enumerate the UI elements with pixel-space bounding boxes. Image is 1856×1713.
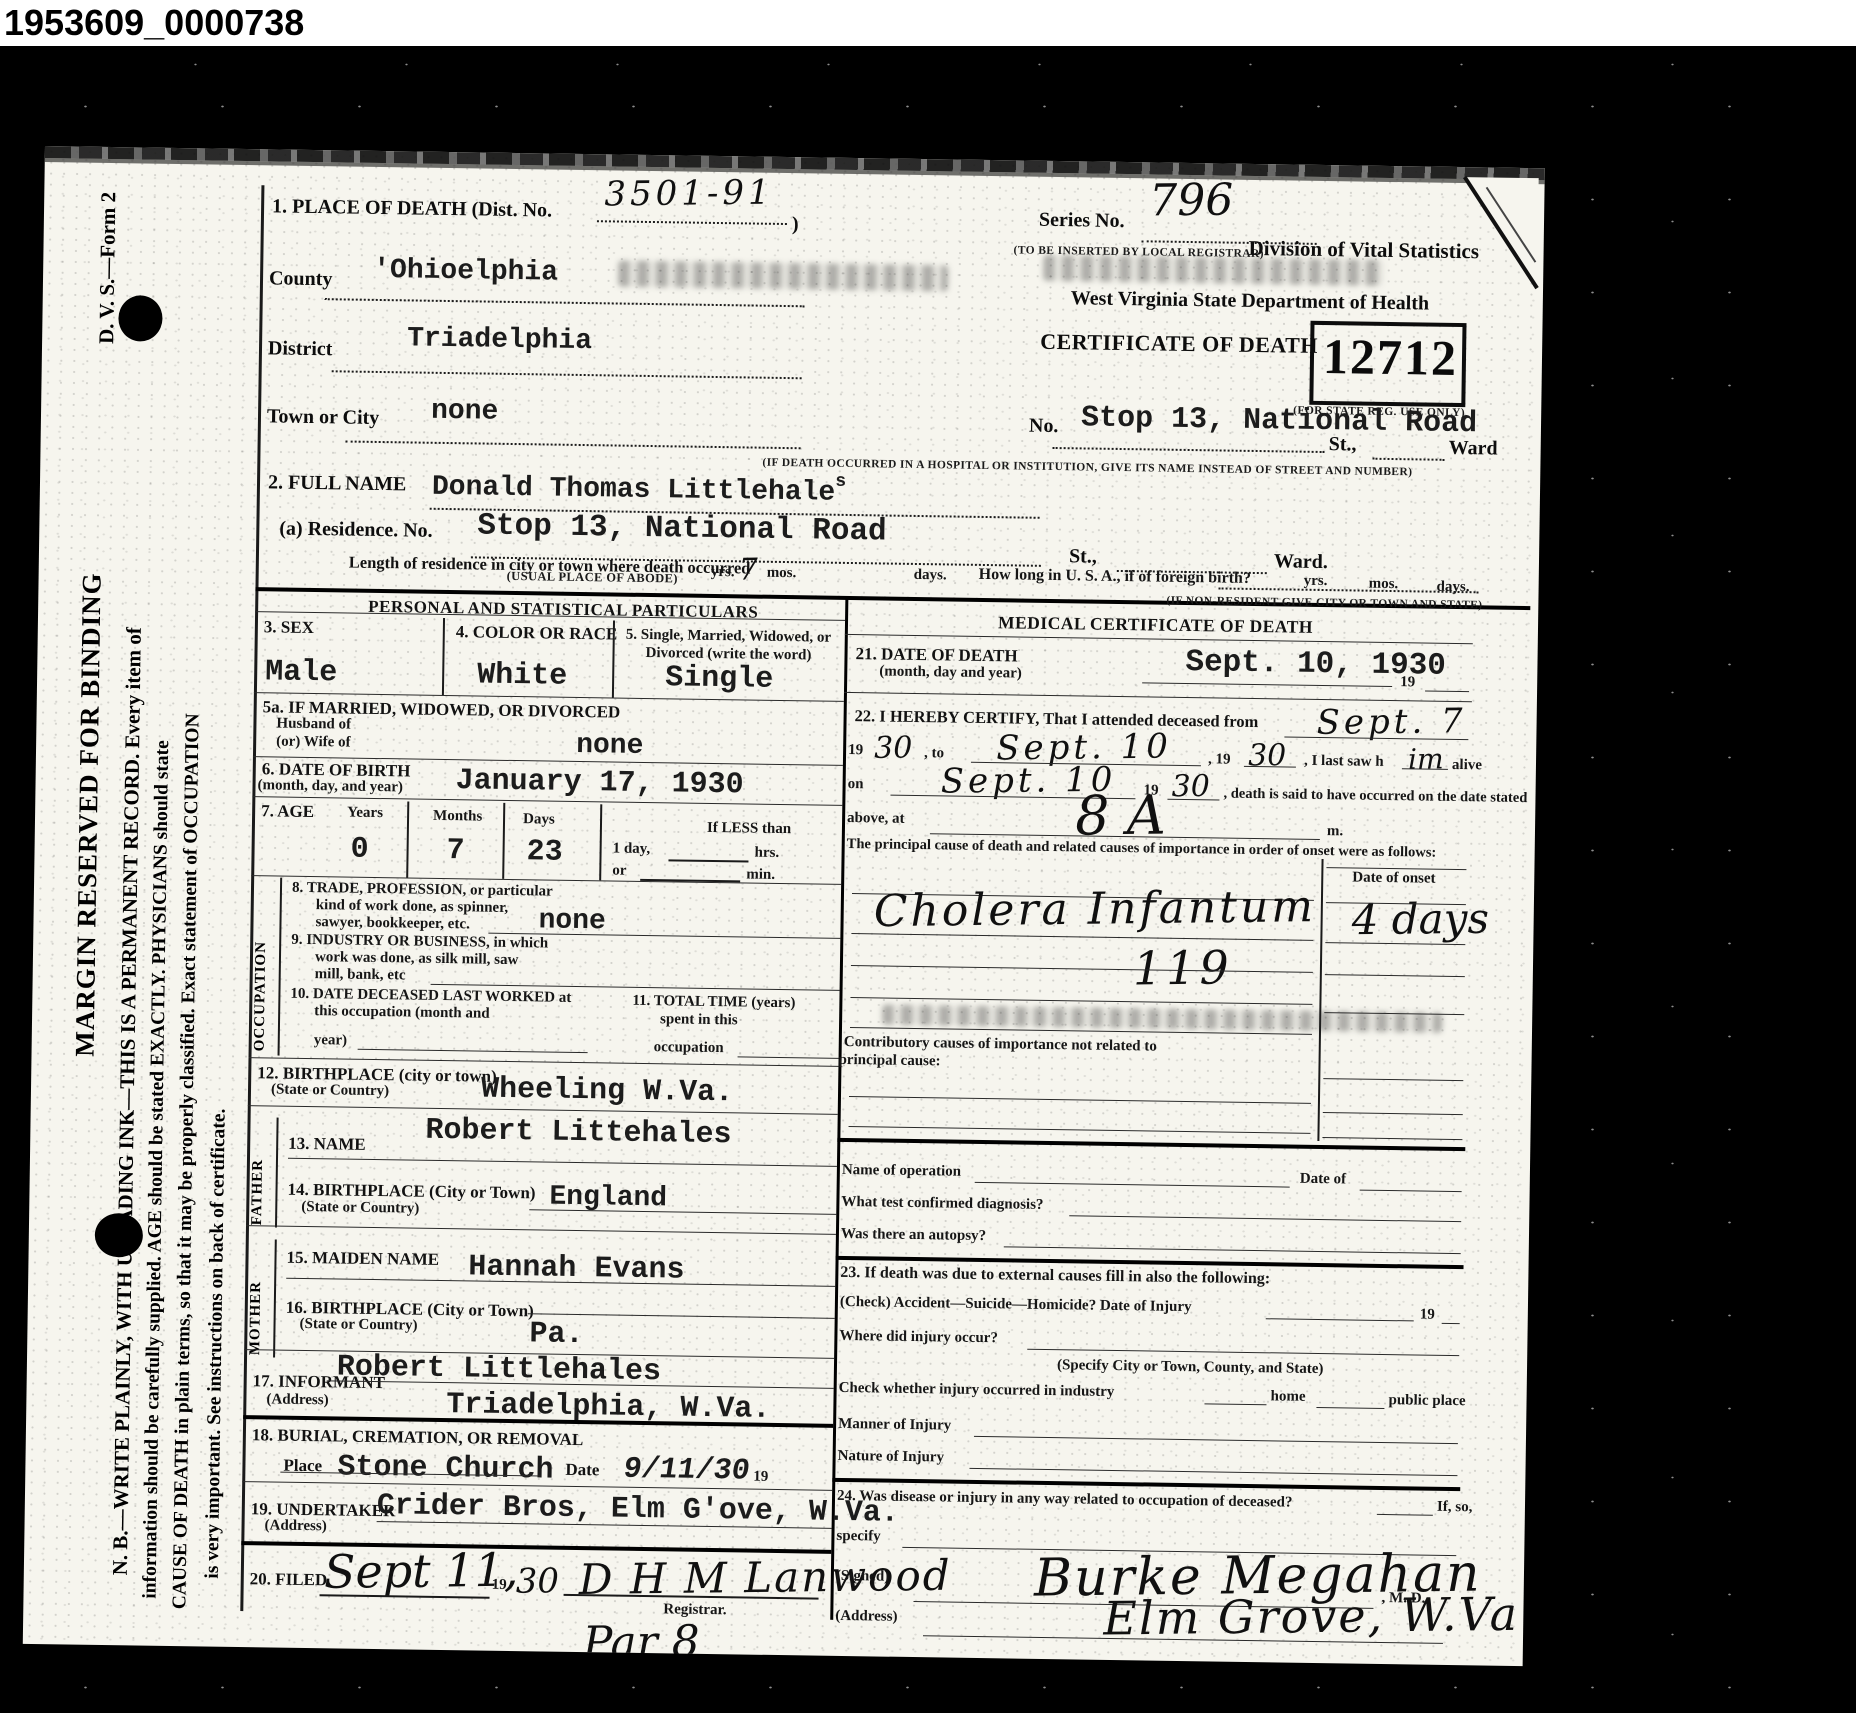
father-name-label: 13. NAME [288,1134,366,1155]
residence-st-label: St., [1069,545,1097,568]
autopsy-label: Was there an autopsy? [841,1226,986,1245]
industry-l3: mill, bank, etc [315,966,406,984]
stated-label: , death is said to have occurred on the … [1223,786,1527,808]
married-sub1: Husband of [276,715,351,733]
industry-injury-rule [1204,1403,1266,1405]
contrib-l2: principal cause: [838,1052,940,1071]
external-label: 23. If death was due to external causes … [840,1264,1270,1288]
place-close-paren: ) [792,213,799,236]
alive-label: alive [1452,757,1482,774]
dogear-fold-icon [1455,175,1541,298]
informant-addr-label: (Address) [266,1391,328,1409]
mother-name-label: 15. MAIDEN NAME [286,1248,439,1270]
county-rule [325,298,805,307]
dob-value: January 17, 1930 [455,764,744,802]
father-birth-sub: (State or Country) [301,1199,419,1218]
age-div-2 [502,803,505,879]
birthplace-value: Wheeling W.Va. [481,1073,734,1111]
town-rule [346,440,801,449]
manner-label: Manner of Injury [838,1416,951,1435]
death-certificate-paper: D. V. S.—Form 2 MARGIN RESERVED FOR BIND… [23,146,1545,1666]
cause-rule-6 [849,1096,1311,1104]
age-less-1: If LESS than [707,820,791,838]
margin-form-code: D. V. S.—Form 2 [94,199,121,344]
registration-number: 12712 [1323,327,1459,387]
lastsaw-label: , I last saw h [1304,753,1384,771]
home-rule [1316,1407,1384,1409]
st-label: St., [1329,433,1357,456]
operation-date-rule [1360,1190,1462,1193]
onset-value: 4 days [1351,894,1489,945]
certificate-title: CERTIFICATE OF DEATH [1040,329,1318,359]
mother-birth-sub: (State or Country) [299,1316,417,1335]
lastworked-l3: year) [314,1032,348,1049]
father-side-label: FATHER [249,1121,268,1225]
occupation-side-label: OCCUPATION [252,879,272,1051]
sex-race-divider [442,618,445,695]
operation-date-label: Date of [1300,1171,1346,1189]
age-years-value: 0 [350,833,369,867]
nature-label: Nature of Injury [838,1448,945,1467]
department-label: West Virginia State Department of Health [1071,287,1430,315]
dod-19-label: 19 [1400,674,1415,691]
age-months-label: Months [433,808,482,826]
scan-id: 1953609_0000738 [4,2,304,44]
usa-label: How long in U. S. A., if of foreign birt… [979,566,1251,588]
town-value: none [431,396,499,428]
mother-side-label: MOTHER [247,1243,266,1355]
filed-year-value: 30 [516,1561,560,1601]
related-label: 24. Was disease or injury in any way rel… [837,1488,1293,1512]
margin-line5: is very important. See instructions on b… [202,769,236,1579]
ward-label: Ward [1448,437,1497,461]
district-label: District [268,337,333,361]
onset-rule-3 [1325,974,1465,977]
filed-date-value: Sept 11, [324,1543,519,1599]
test-label: What test confirmed diagnosis? [841,1194,1043,1214]
check-label: (Check) Accident—Suicide—Homicide? Date … [840,1294,1192,1316]
age-days-value: 23 [526,835,563,870]
usa-yrs: yrs. [1304,573,1328,590]
check-19-rule [1442,1323,1460,1324]
length-value: 7 [739,552,758,587]
principal-label: The principal cause of death and related… [847,836,1437,862]
district-rule [332,370,802,379]
usa-mos: mos. [1369,576,1399,593]
full-name-value: Donald Thomas Littlehales [432,466,847,509]
dist-no-rule [597,220,787,225]
age-years-label: Years [347,805,383,823]
operation-rule [975,1182,1290,1188]
test-rule [1069,1215,1461,1222]
sex-value: Male [265,655,338,690]
birthplace-sub: (State or Country) [271,1081,389,1100]
street-no-label: No. [1029,415,1059,438]
residence-value: Stop 13, National Road [477,508,887,549]
totaltime-rule [738,1056,839,1058]
age-less-2: 1 day, [613,840,651,858]
town-label: Town or City [267,405,380,430]
filed-19-label: 19 [492,1577,507,1594]
above-label: above, at [847,810,905,828]
c19b-label: , 19 [1208,751,1231,768]
occupation-side-rule [278,878,283,1056]
street-rule [1053,447,1325,453]
onset-header: Date of onset [1352,869,1436,887]
column-divider [830,598,848,1620]
onset-rule-5 [1323,1078,1463,1081]
age-min-label: min. [746,866,775,883]
burial-date-label: Date [565,1460,599,1481]
ink-blot-upper [118,295,163,342]
onset-rule-6 [1323,1112,1463,1115]
age-label: 7. AGE [261,801,314,822]
series-no-value: 796 [1149,175,1234,227]
time-value: 8 A [1075,784,1166,848]
length-label: Length of residence in city or town wher… [349,553,751,579]
place-of-death-label: 1. PLACE OF DEATH (Dist. No. [272,195,552,222]
burial-date-value: 9/11/30 [621,1453,752,1489]
lastworked-rule [358,1049,588,1053]
age-hrs-rule [668,859,748,862]
lastworked-l2: this occupation (month and [314,1003,490,1023]
m-label: m. [1327,823,1344,840]
informant-label: 17. INFORMANT [253,1371,386,1393]
totaltime-l1: 11. TOTAL TIME (years) [632,993,795,1012]
marital-label-1: 5. Single, Married, Widowed, or [626,627,832,647]
hospital-note: (IF DEATH OCCURRED IN A HOSPITAL OR INST… [762,457,1412,479]
onset-rule-7 [1322,1137,1462,1140]
to-label: , to [924,745,944,762]
race-marital-divider [612,620,615,697]
dept-ghost-stamp [1043,255,1383,286]
county-label: County [269,267,333,291]
check-rule [1266,1318,1414,1321]
age-hrs-label: hrs. [754,845,779,862]
filed-label: 20. FILED [250,1569,328,1590]
race-value: White [477,658,568,693]
father-bottom-rule [246,1225,836,1235]
burial-19-label: 19 [753,1469,768,1486]
related-rule [1377,1514,1433,1516]
scan-header-strip: 1953609_0000738 [0,0,1856,46]
operation-label: Name of operation [842,1162,961,1181]
father-name-value: Robert Littehales [425,1114,732,1153]
trade-l3: sawyer, bookkeeper, etc. [315,914,470,933]
length-mos: mos. [767,565,797,582]
cya-value: 30 [874,730,913,765]
home-label: home [1270,1388,1305,1406]
nature-rule [969,1468,1457,1476]
cause-rule-4 [850,997,1312,1005]
dod-sub: (month, day and year) [879,663,1022,682]
where-label: Where did injury occur? [839,1328,998,1347]
series-no-label: Series No. [1039,209,1125,233]
street-value: Stop 13, National Road [1081,401,1478,441]
dob-sub: (month, day, and year) [257,777,403,796]
dod-19-rule [1425,691,1469,693]
him-value: im [1408,742,1444,775]
cause-code-value: 119 [1133,940,1233,995]
public-label: public place [1388,1392,1465,1410]
district-number-value: 3501-91 [604,173,774,215]
mother-side-rule [273,1240,277,1358]
cause-rule-3 [851,965,1313,973]
physician-addr-value: Elm Grove, W.Va. [1103,1587,1536,1646]
full-name-superscript: s [835,472,846,492]
county-value: 'Ohioelphia [373,255,558,289]
age-days-label: Days [523,811,555,828]
manner-rule [974,1436,1458,1444]
ifso-label: If, so, [1437,1499,1473,1517]
c19a-label: 19 [848,742,863,759]
on-label: on [847,776,863,793]
dod-row-rule [844,692,1472,702]
onset-divider [1317,859,1323,1141]
where-rule [1027,1349,1459,1356]
length-yrs: yrs. [711,564,735,581]
specify-note: (Specify City or Town, County, and State… [1057,1357,1324,1378]
autopsy-rule [1004,1246,1461,1254]
father-name-rule [288,1158,837,1167]
father-side-rule [275,1118,279,1228]
physician-addr-label: (Address) [835,1608,897,1626]
county-ghost-stamp [618,261,948,292]
burial-label: 18. BURIAL, CREMATION, OR REMOVAL [252,1425,584,1450]
marital-value: Single [665,661,774,697]
married-sub2: (or) Wife of [276,733,351,751]
specify-label: specify [836,1528,880,1546]
cyb-value: 30 [1248,738,1287,773]
undertaker-addr-label: (Address) [264,1517,326,1535]
married-value: none [576,730,644,762]
full-name-main: Donald Thomas Littlehale [432,472,836,509]
cause-value: Cholera Infantum [874,881,1317,937]
totaltime-l2: spent in this [660,1011,738,1029]
age-months-value: 7 [446,834,465,868]
cause-rule-7 [849,1126,1311,1134]
length-days: days. [914,567,947,584]
sex-label: 3. SEX [264,617,314,638]
signed-label: (Signed) [836,1568,890,1586]
residence-label: (a) Residence. No. [279,518,433,543]
ward-rule [1372,458,1444,461]
margin-binding-note: MARGIN RESERVED FOR BINDING [69,482,109,1057]
industry-injury-label: Check whether injury occurred in industr… [839,1380,1115,1401]
cause-bottom-rule [837,1138,1465,1151]
mother-birth-value: Pa. [529,1317,584,1352]
full-name-label: 2. FULL NAME [268,471,407,496]
check-19-label: 19 [1420,1307,1435,1324]
dod-rule [1142,682,1392,687]
medical-title: MEDICAL CERTIFICATE OF DEATH [998,612,1313,638]
race-label: 4. COLOR OR RACE [456,622,618,644]
age-or-label: or [612,862,626,879]
residence-ward-label: Ward. [1274,550,1328,574]
usa-days: days. [1436,579,1469,596]
nonresident-note: (IF NON-RESIDENT GIVE CITY OR TOWN AND S… [1166,595,1482,612]
age-div-3 [599,804,602,880]
district-value: Triadelphia [407,323,592,357]
totaltime-l3: occupation [654,1039,724,1057]
age-div-1 [406,801,409,877]
